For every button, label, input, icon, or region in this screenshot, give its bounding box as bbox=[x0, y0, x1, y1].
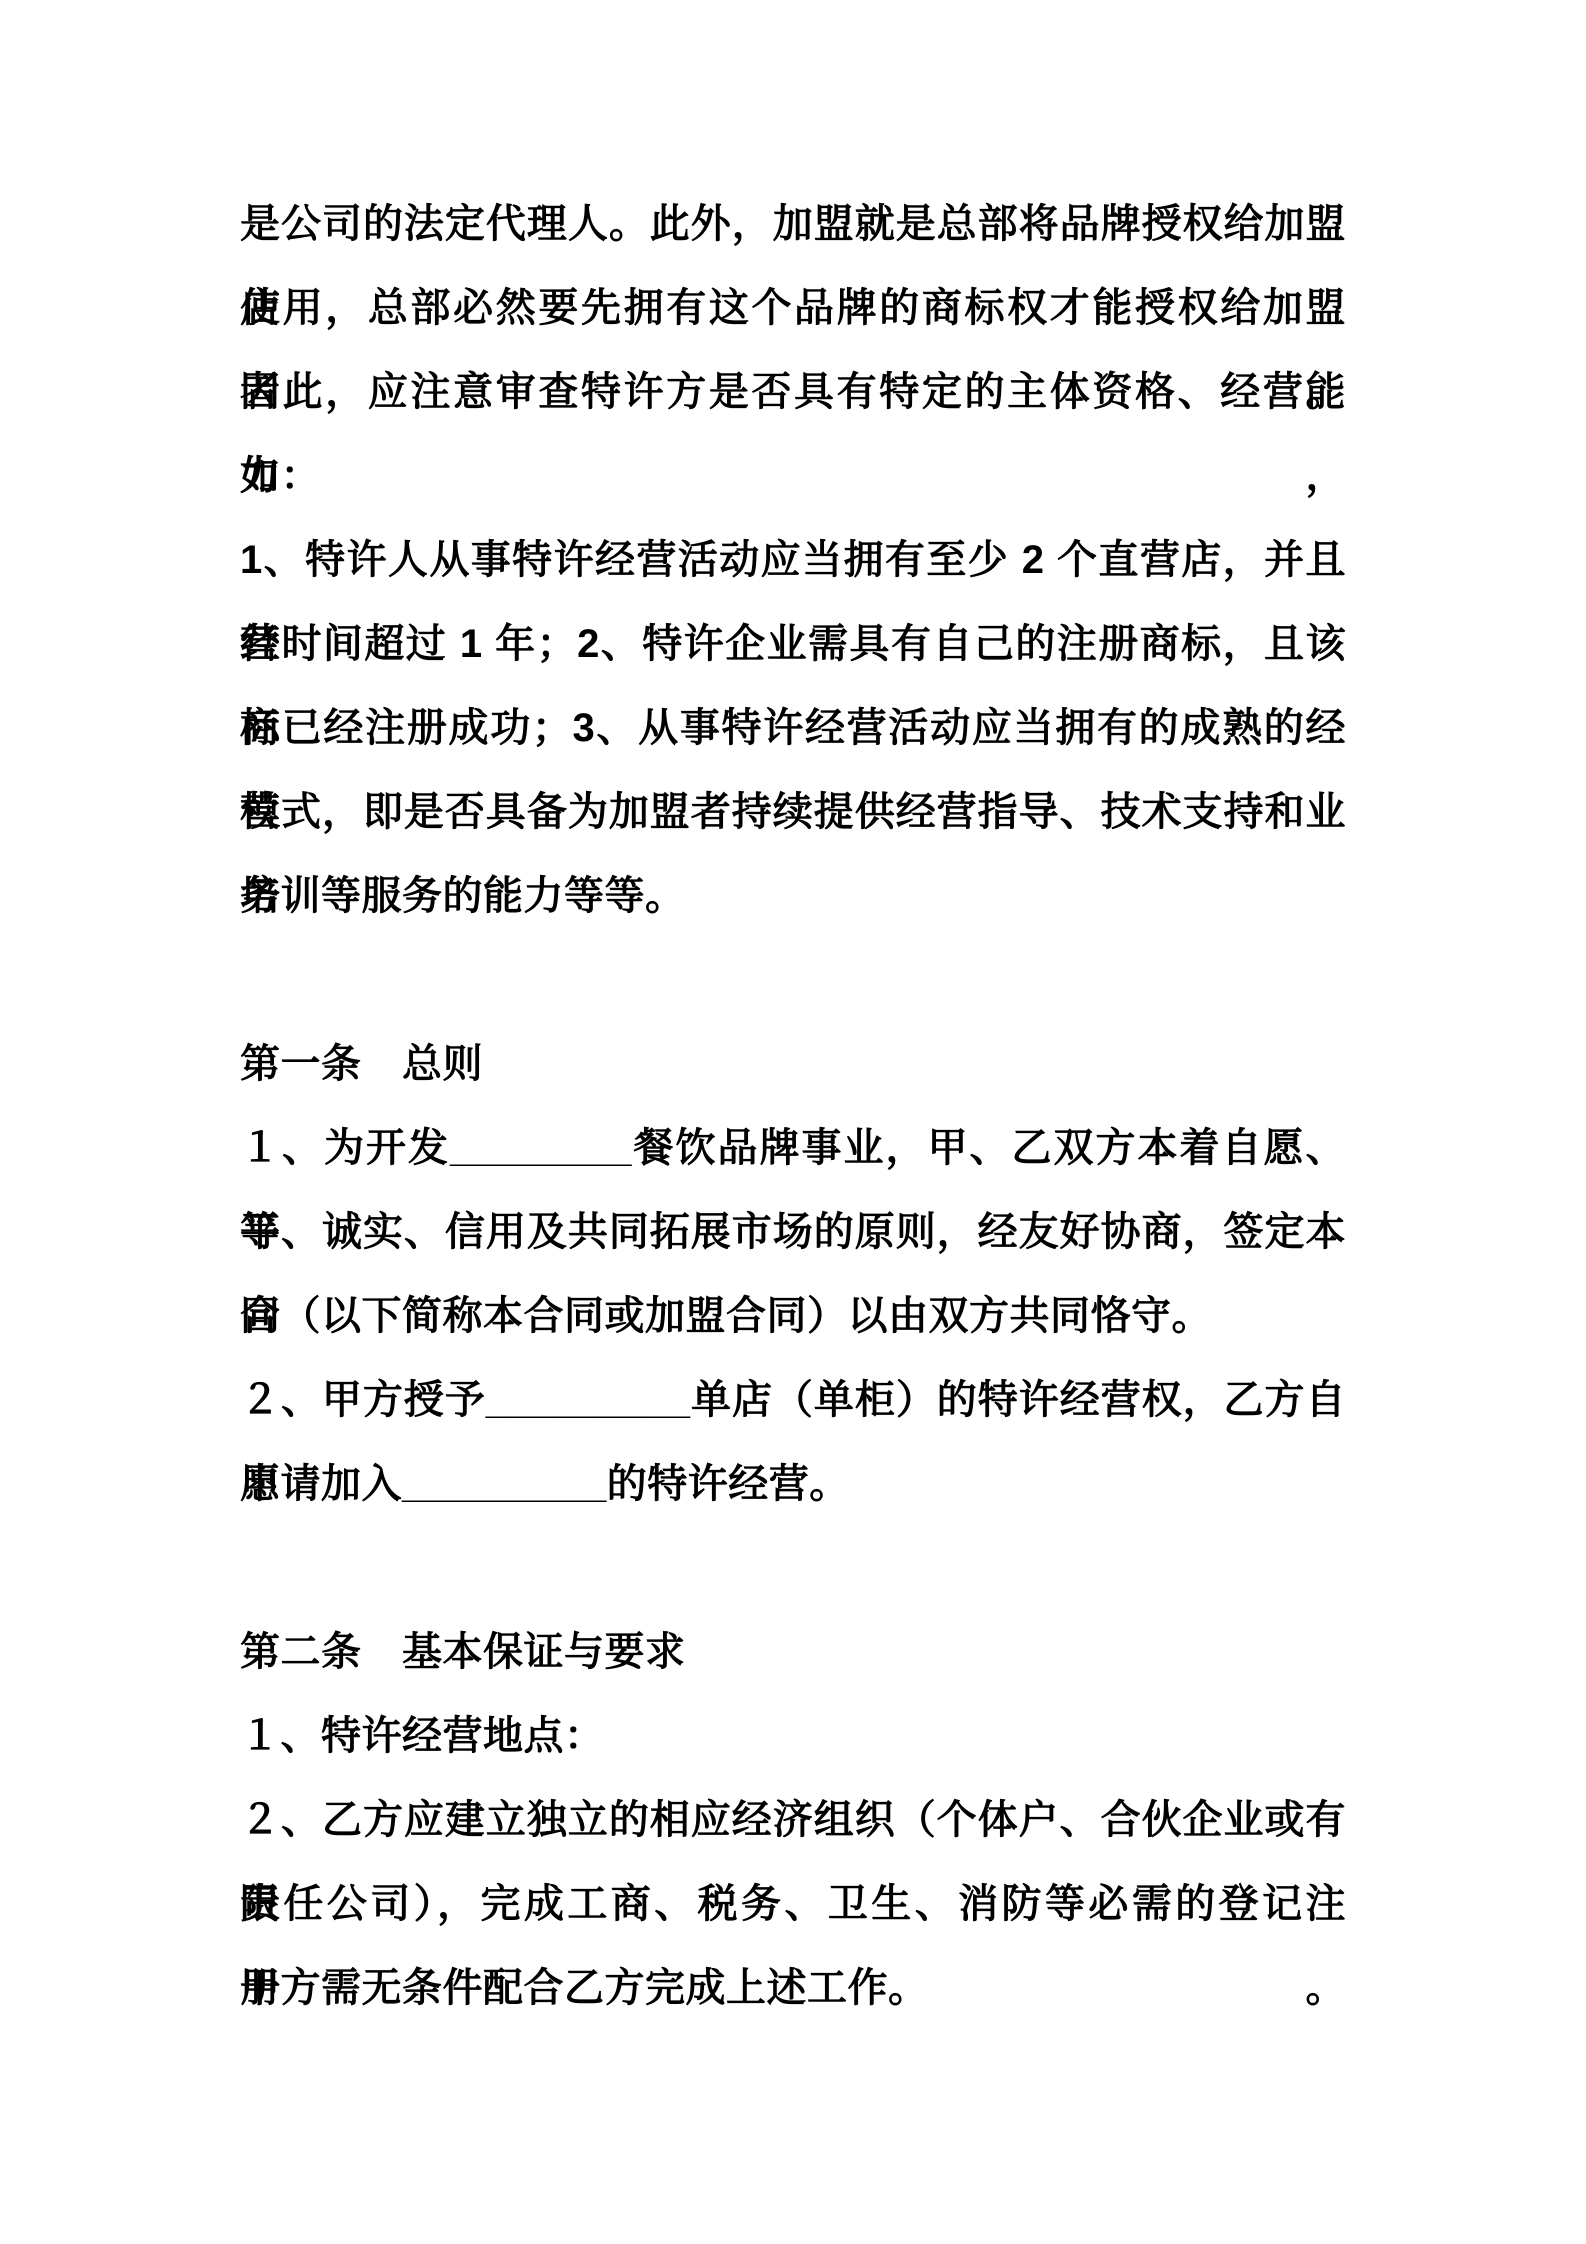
document-line: 是公司的法定代理人。此外，加盟就是总部将品牌授权给加盟店 bbox=[240, 182, 1346, 266]
section-heading: 第二条 基本保证与要求 bbox=[240, 1610, 1346, 1694]
document-line: ２、乙方应建立独立的相应经济组织（个体户、合伙企业或有限 bbox=[240, 1778, 1346, 1862]
document-line: 等、诚实、信用及共同拓展市场的原则，经友好协商，签定本合 bbox=[240, 1190, 1346, 1274]
document-line: 标已经注册成功；3、从事特许经营活动应当拥有的成熟的经营 bbox=[240, 686, 1346, 770]
blank-line bbox=[240, 938, 1346, 1022]
document-line: 模式，即是否具备为加盟者持续提供经营指导、技术支持和业务 bbox=[240, 770, 1346, 854]
document-line: 培训等服务的能力等等。 bbox=[240, 854, 1346, 938]
document-line: 因此，应注意审查特许方是否具有特定的主体资格、经营能力， bbox=[240, 350, 1346, 434]
document-line: ２、甲方授予_________单店（单柜）的特许经营权，乙方自愿 bbox=[240, 1358, 1346, 1442]
document-line: １、为开发________餐饮品牌事业，甲、乙双方本着自愿、平 bbox=[240, 1106, 1346, 1190]
document-line: 营时间超过 1 年；2、特许企业需具有自己的注册商标，且该商 bbox=[240, 602, 1346, 686]
blank-line bbox=[240, 1526, 1346, 1610]
document-line: 同（以下简称本合同或加盟合同）以由双方共同恪守。 bbox=[240, 1274, 1346, 1358]
document-line: １、特许经营地点： bbox=[240, 1694, 1346, 1778]
document-line: 责任公司），完成工商、税务、卫生、消防等必需的登记注册。 bbox=[240, 1862, 1346, 1946]
section-heading: 第一条 总则 bbox=[240, 1022, 1346, 1106]
document-line: 1、特许人从事特许经营活动应当拥有至少 2 个直营店，并且经 bbox=[240, 518, 1346, 602]
document-line: 使用，总部必然要先拥有这个品牌的商标权才能授权给加盟者。 bbox=[240, 266, 1346, 350]
document-line: 申请加入_________的特许经营。 bbox=[240, 1442, 1346, 1526]
contract-page: 是公司的法定代理人。此外，加盟就是总部将品牌授权给加盟店使用，总部必然要先拥有这… bbox=[0, 0, 1586, 2244]
